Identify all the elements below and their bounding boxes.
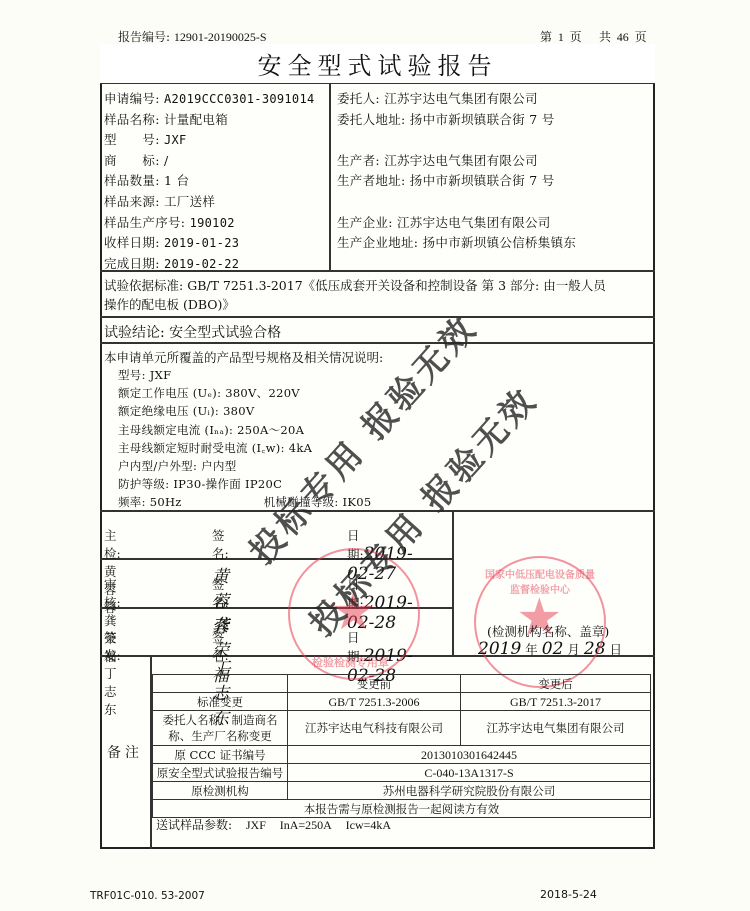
- page-indicator: 第 1 页 共 46 页: [538, 28, 647, 45]
- test-conclusion: 试验结论: 安全型式试验合格: [104, 322, 281, 342]
- spec-item: 户内型/户外型: 户内型: [118, 457, 372, 475]
- report-number-label: 报告编号:: [118, 30, 170, 44]
- conclusion-value: 安全型式试验合格: [169, 325, 281, 341]
- spec-list: 型号: JXF 额定工作电压 (Uₑ): 380V、220V 额定绝缘电压 (U…: [118, 366, 372, 512]
- remarks-label: 备注: [100, 655, 150, 849]
- standard-line1: GB/T 7251.3-2017《低压成套开关设备和控制设备 第 3 部分: 由…: [187, 278, 606, 293]
- spec-item: 型号: JXF: [118, 366, 372, 384]
- info-sample-name: 样品名称: 计量配电箱: [104, 110, 329, 131]
- signature-divider: [452, 510, 454, 655]
- form-date: 2018-5-24: [540, 888, 597, 901]
- spec-impact: 机械碰撞等级: IK05: [264, 495, 372, 509]
- party-info: 委托人: 江苏宇达电气集团有限公司 委托人地址: 扬中市新坝镇联合街 7 号 生…: [337, 89, 655, 254]
- table-row: 原 CCC 证书编号 2013010301642445: [153, 746, 651, 764]
- standard-line2: 操作的配电板 (DBO)》: [104, 295, 652, 314]
- spec-item: 额定绝缘电压 (Uᵢ): 380V: [118, 402, 372, 420]
- spec-item: 额定工作电压 (Uₑ): 380V、220V: [118, 384, 372, 402]
- table-row: 标准变更 GB/T 7251.3-2006 GB/T 7251.3-2017: [153, 693, 651, 711]
- col-before: 变更前: [288, 675, 461, 693]
- page-prefix: 第: [540, 30, 552, 44]
- seal-date: 2019 年 02 月 28 日: [478, 639, 622, 659]
- seal-note: (检测机构名称、盖章): [487, 622, 609, 640]
- spec-heading: 本申请单元所覆盖的产品型号规格及相关情况说明:: [104, 348, 383, 366]
- conclusion-label: 试验结论:: [104, 325, 165, 341]
- standard-label: 试验依据标准:: [104, 278, 183, 293]
- spec-item: 主母线额定电流 (Iₙₐ): 250A～20A: [118, 421, 372, 439]
- table-note-row: 本报告需与原检测报告一起阅读方有效: [153, 800, 651, 818]
- client-address: 委托人地址: 扬中市新坝镇联合街 7 号: [337, 110, 655, 131]
- page-total-suffix: 页: [635, 30, 647, 44]
- producer: 生产者: 江苏宇达电气集团有限公司: [337, 151, 655, 172]
- change-table: 变更前 变更后 标准变更 GB/T 7251.3-2006 GB/T 7251.…: [152, 674, 651, 818]
- report-title: 安全型式试验报告: [100, 44, 655, 84]
- table-row: 委托人名称、制造商名称、生产厂名称变更 江苏宇达电气科技有限公司 江苏宇达电气集…: [153, 711, 651, 746]
- info-divider: [329, 84, 331, 270]
- table-row: 原检测机构 苏州电器科学研究院股份有限公司: [153, 782, 651, 800]
- info-quantity: 样品数量: 1 台: [104, 171, 329, 192]
- spec-item-last: 频率: 50Hz 机械碰撞等级: IK05: [118, 493, 372, 511]
- info-completed-date: 完成日期: 2019-02-22: [104, 254, 329, 275]
- info-received-date: 收样日期: 2019-01-23: [104, 233, 329, 254]
- spec-item: 防护等级: IP30-操作面 IP20C: [118, 475, 372, 493]
- factory-address: 生产企业地址: 扬中市新坝镇公信桥集镇东: [337, 233, 655, 254]
- info-source: 样品来源: 工厂送样: [104, 192, 329, 213]
- page-current: 1: [558, 30, 564, 44]
- rule-conclusion-bottom: [100, 342, 655, 344]
- page-total: 46: [617, 30, 629, 44]
- col-after: 变更后: [461, 675, 651, 693]
- info-trademark: 商 标: /: [104, 151, 329, 172]
- factory: 生产企业: 江苏宇达电气集团有限公司: [337, 213, 655, 234]
- sample-info: 申请编号: A2019CCC0301-3091014 样品名称: 计量配电箱 型…: [104, 89, 329, 274]
- spec-item: 主母线额定短时耐受电流 (I꜀w): 4kA: [118, 439, 372, 457]
- producer-address: 生产者地址: 扬中市新坝镇联合街 7 号: [337, 171, 655, 192]
- spec-frequency: 频率: 50Hz: [118, 495, 182, 509]
- page-mid: 页: [570, 30, 582, 44]
- page-total-prefix: 共: [599, 30, 611, 44]
- info-serial: 样品生产序号: 190102: [104, 213, 329, 234]
- report-number: 报告编号: 12901-20190025-S: [118, 28, 267, 45]
- table-row: 原安全型式试验报告编号 C-040-13A1317-S: [153, 764, 651, 782]
- sample-parameters: 送试样品参数: JXF InA=250A Icw=4kA: [156, 816, 391, 833]
- rule-standard-bottom: [100, 316, 655, 318]
- table-header-row: 变更前 变更后: [153, 675, 651, 693]
- client: 委托人: 江苏宇达电气集团有限公司: [337, 89, 655, 110]
- form-number: TRF01C-010. 53-2007: [90, 890, 205, 902]
- info-application-no: 申请编号: A2019CCC0301-3091014: [104, 89, 329, 110]
- test-standard: 试验依据标准: GB/T 7251.3-2017《低压成套开关设备和控制设备 第…: [104, 276, 652, 314]
- info-model: 型 号: JXF: [104, 130, 329, 151]
- report-number-value: 12901-20190025-S: [174, 30, 267, 44]
